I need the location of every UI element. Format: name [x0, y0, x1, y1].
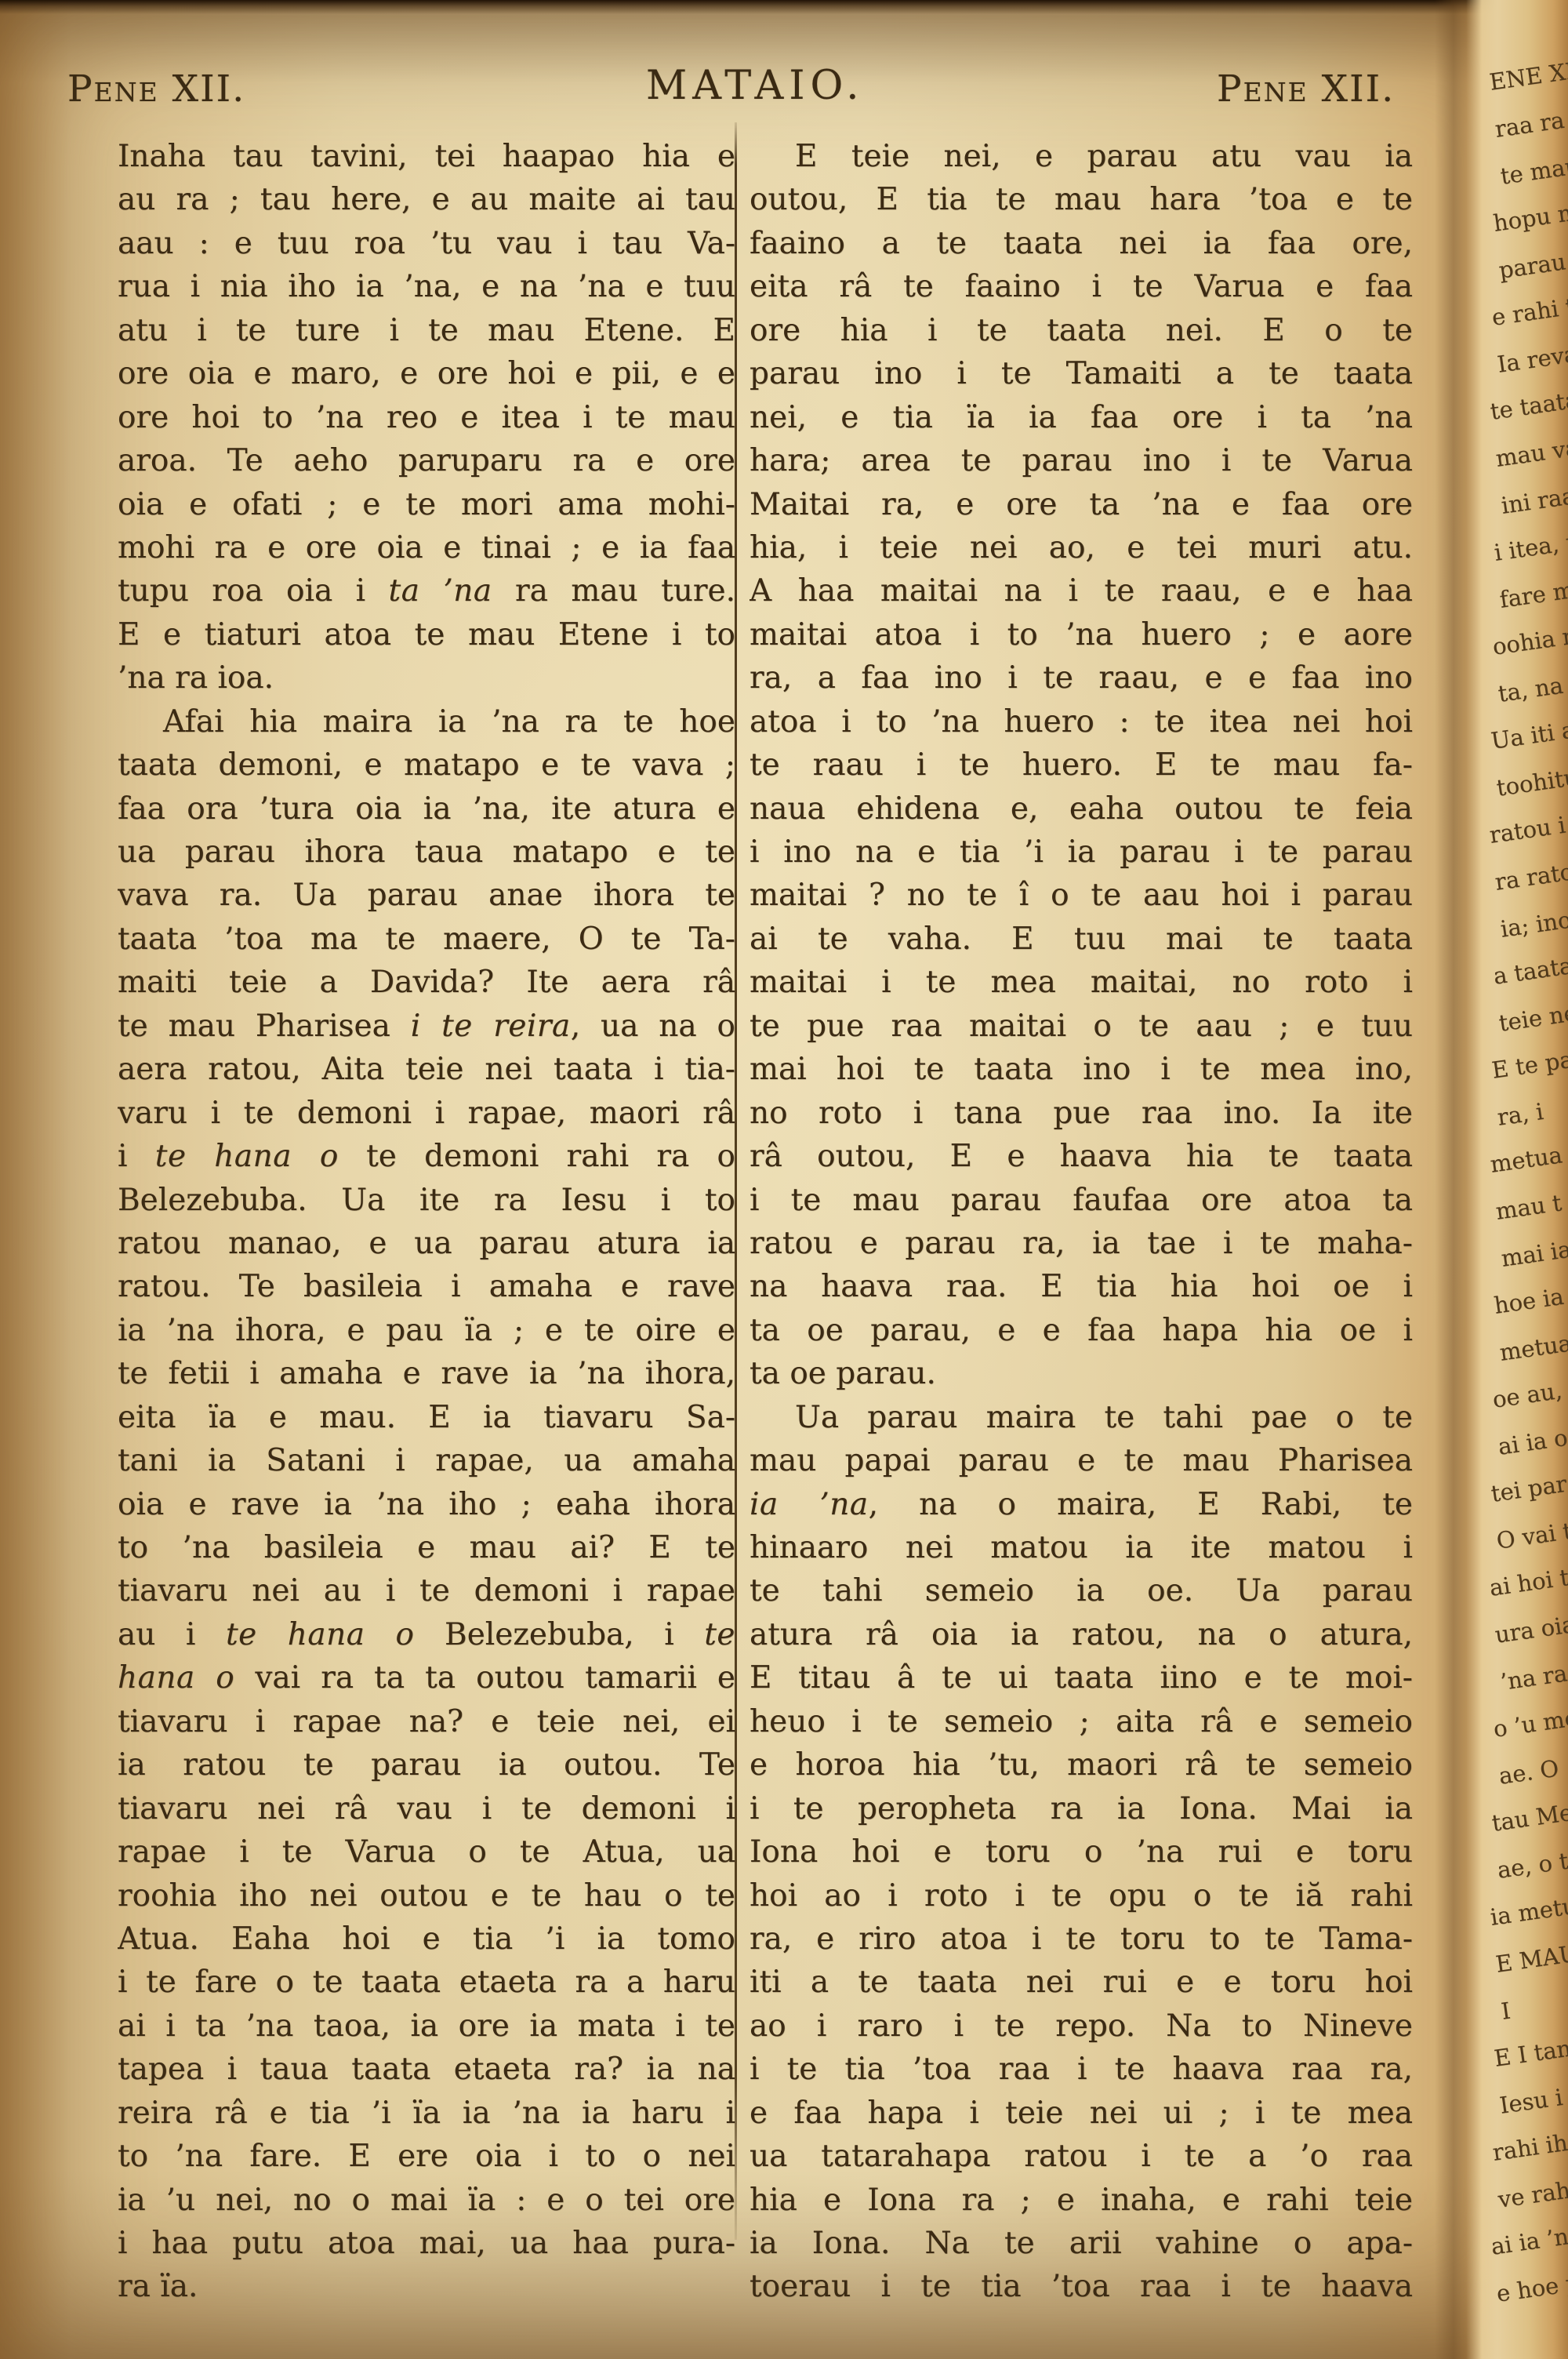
adjacent-page-text-fragment: e rahi tei — [1490, 290, 1568, 331]
text-line: 22Afai hia maira ia ’na ra te hoe — [118, 700, 735, 743]
text-line: ore oia e maro, e ore hoi e pii, e e — [118, 352, 735, 395]
adjacent-page-text-fragment: metua v — [1498, 1327, 1568, 1366]
text-line: rua i nia iho ia ’na, e na ’na e tuu — [118, 265, 735, 308]
text-line: tiavaru i rapae na? e teie nei, ei — [118, 1700, 735, 1743]
adjacent-page-text-fragment: ve rahi — [1497, 2175, 1568, 2213]
adjacent-page-text-fragment: ia metua v — [1489, 1888, 1568, 1931]
text-line: faa ora ’tura oia ia ’na, ite atura e — [118, 787, 735, 831]
text-line: mai hoi te taata ino i te mea ino, — [750, 1048, 1413, 1091]
adjacent-page-text-fragment: ae, o to — [1496, 1845, 1568, 1884]
text-line: ai i ta ’na taoa, ia ore ia mata i te — [118, 2005, 735, 2048]
book-photo: Pene XII. MATAIO. Pene XII. 18Inaha tau … — [0, 0, 1568, 2359]
text-line: 34te raau i te huero. E te mau fa- — [750, 743, 1413, 787]
adjacent-page-text-fragment: ra, i — [1496, 1098, 1545, 1131]
adjacent-page-text-fragment: Ia reva — [1496, 340, 1568, 378]
adjacent-page-text-fragment: oohia ra — [1491, 620, 1568, 660]
text-line: toerau i te tia ’toa raa i te haava — [750, 2265, 1413, 2308]
text-line: 26eita ïa e mau. E ia tiavaru Sa- — [118, 1396, 735, 1439]
text-line: 25Belezebuba. Ua ite ra Iesu i to — [118, 1179, 735, 1222]
text-line: hoi ao i roto i te opu o te iă rahi — [750, 1874, 1413, 1917]
adjacent-page-text-fragment: ai ia ’na — [1490, 2221, 1568, 2260]
text-line: varu i te demoni i rapae, maori râ — [118, 1092, 735, 1135]
text-line: taata ’toa ma te maere, O te Ta- — [118, 918, 735, 961]
text-line: aera ratou, Aita teie nei taata i tia- — [118, 1048, 735, 1091]
photo-top-shadow — [0, 0, 1568, 14]
text-line: ratou e parau ra, ia tae i te maha- — [750, 1222, 1413, 1265]
text-line: 23vava ra. Ua parau anae ihora te — [118, 874, 735, 917]
text-line: ua tatarahapa ratou i te a ’o raa — [750, 2135, 1413, 2178]
text-line: ta oe parau, e e faa hapa hia oe i — [750, 1309, 1413, 1352]
text-line: 20aroa. Te aeho paruparu ra e ore — [118, 439, 735, 482]
adjacent-page-text-fragment: ENE XI — [1488, 57, 1568, 96]
text-line: e horoa hia ’tu, maori râ te semeio — [750, 1743, 1413, 1787]
text-line: 33A haa maitai na i te raau, e e haa — [750, 569, 1413, 612]
text-line: 21E e tiaturi atoa te mau Etene i to — [118, 613, 735, 656]
text-column-right: 31E teie nei, e parau atu vau iaoutou, E… — [750, 135, 1413, 2309]
text-line: tiavaru nei râ vau i te demoni i — [118, 1787, 735, 1830]
text-line: hia, i teie nei ao, e tei muri atu. — [750, 526, 1413, 569]
text-line: ratou manao, e ua parau atura ia — [118, 1222, 735, 1265]
text-line: au ra ; tau here, e au maite ai tau — [118, 178, 735, 221]
adjacent-page-text-fragment: mau t — [1494, 1189, 1563, 1224]
text-line: hara; area te parau ino i te Varua — [750, 439, 1413, 482]
adjacent-page-edge: ENE XIraa rate mauhopu mparau pae rahi t… — [1435, 0, 1568, 2359]
running-head-left: Pene XII. — [67, 67, 245, 111]
adjacent-page-text-fragment: Ua iti atu — [1490, 713, 1568, 754]
text-line: i te mau parau faufaa ore atoa ta — [750, 1179, 1413, 1222]
text-line: 30to ’na fare. E ere oia i to o nei — [118, 2135, 735, 2178]
text-line: ta oe parau. — [750, 1352, 1413, 1395]
adjacent-page-text-fragment: ia; ino — [1499, 907, 1568, 943]
text-line: 27to ’na basileia e mau ai? E te — [118, 1526, 735, 1569]
text-line: tiavaru nei au i te demoni i rapae — [118, 1569, 735, 1612]
text-line: iti a te taata nei rui e e toru hoi — [750, 1961, 1413, 2004]
text-line: 24maiti teie a Davida? Ite aera râ — [118, 961, 735, 1004]
adjacent-page-text-fragment: ra ratou — [1494, 856, 1568, 896]
adjacent-page-text-fragment: hoe ia ’n — [1493, 1279, 1568, 1319]
adjacent-page-text-fragment: mau vahi — [1494, 431, 1568, 471]
page-title: MATAIO. — [646, 63, 865, 109]
adjacent-page-text-fragment: Iesu i — [1498, 2084, 1565, 2119]
adjacent-page-text-fragment: toohitu — [1495, 764, 1568, 801]
adjacent-page-text-fragment: ta, na b — [1497, 669, 1568, 707]
text-line: oia e rave ia ’na iho ; eaha ihora — [118, 1483, 735, 1526]
text-line: te fetii i amaha e rave ia ’na ihora, — [118, 1352, 735, 1395]
text-line: 41ao i raro i te repo. Na to Nineve — [750, 2005, 1413, 2048]
text-line: 39te tahi semeio ia oe. Ua parau — [750, 1569, 1413, 1612]
text-line: hana o vai ra ta ta outou tamarii e — [118, 1656, 735, 1699]
text-line: i te fare o te taata etaeta ra a haru — [118, 1961, 735, 2004]
text-line: roohia iho nei outou e te hau o te — [118, 1874, 735, 1917]
text-line: maitai i te mea maitai, no roto i — [750, 961, 1413, 1004]
text-line: ore hoi to ’na reo e itea i te mau — [118, 396, 735, 439]
adjacent-page-text-fragment: i itea, ua — [1493, 525, 1568, 566]
text-line: 29Atua. Eaha hoi e tia ’i ia tomo — [118, 1917, 735, 1961]
text-line: hinaaro nei matou ia ite matou i — [750, 1526, 1413, 1569]
text-line: hia e Iona ra ; e inaha, e rahi teie — [750, 2179, 1413, 2222]
adjacent-page-text-fragment: fare mai — [1498, 573, 1568, 613]
adjacent-page-text-fragment: ai ia oe. — [1497, 1421, 1568, 1460]
text-line: râ outou, E e haava hia te taata — [750, 1135, 1413, 1178]
text-line: 18Inaha tau tavini, tei haapao hia e — [118, 135, 735, 178]
adjacent-page-text-fragment: ura oia i — [1494, 1608, 1568, 1648]
text-line: au i te hana o Belezebuba, i te — [118, 1613, 735, 1656]
text-line: ratou. Te basileia i amaha e rave — [118, 1265, 735, 1308]
text-line: E titau â te ui taata iino e te moi- — [750, 1656, 1413, 1699]
adjacent-page-text-fragment: te mau — [1499, 152, 1568, 190]
adjacent-page-text-fragment: ai hoi to — [1488, 1562, 1568, 1601]
text-line: i te tia ’toa raa i te haava raa ra, — [750, 2048, 1413, 2091]
adjacent-page-text-fragment: metua — [1489, 1141, 1564, 1178]
adjacent-page-text-fragment: raa ra — [1494, 107, 1566, 143]
text-line: ua parau ihora taua matapo e te — [118, 831, 735, 874]
text-line: tupu roa oia i ta ’na ra mau ture. — [118, 569, 735, 612]
text-line: naua ehidena e, eaha outou te feia — [750, 787, 1413, 831]
text-line: atura râ oia ia ratou, na o atura, — [750, 1613, 1413, 1656]
text-line: ra, e riro atoa i te toru to te Tama- — [750, 1917, 1413, 1961]
text-line: atoa i to ’na huero : te itea nei hoi — [750, 700, 1413, 743]
text-line: tani ia Satani i rapae, ua amaha — [118, 1439, 735, 1482]
adjacent-page-text-fragment: o ’u met — [1492, 1703, 1568, 1742]
text-line: i ino na e tia ’i ia parau i te parau — [750, 831, 1413, 874]
text-line: maitai ? no te î o te aau hoi i parau — [750, 874, 1413, 917]
adjacent-page-text-fragment: rahi iho — [1491, 2127, 1568, 2165]
text-line: taata demoni, e matapo e te vava ; — [118, 743, 735, 787]
adjacent-page-text-fragment: ratou i — [1488, 812, 1567, 849]
running-head-right: Pene XII. — [1217, 67, 1395, 111]
text-line: 42ia Iona. Na te arii vahine o apa- — [750, 2222, 1413, 2265]
text-line: te pue raa maitai o te aau ; e tuu — [750, 1005, 1413, 1048]
adjacent-page-text-fragment: E MAU PA — [1494, 1935, 1568, 1978]
text-line: reira râ e tia ’i ïa ia ’na ia haru i — [118, 2092, 735, 2135]
text-line: aau : e tuu roa ’tu vau i tau Va- — [118, 222, 735, 265]
text-line: ia ’u nei, no o mai ïa : e o tei ore — [118, 2179, 735, 2222]
adjacent-page-text-fragment: oe au, t — [1491, 1375, 1568, 1413]
text-column-left: 18Inaha tau tavini, tei haapao hia eau r… — [118, 135, 735, 2309]
adjacent-page-text-fragment: tau Met — [1490, 1797, 1568, 1837]
adjacent-page-text-fragment: ae. O — [1497, 1754, 1561, 1789]
adjacent-page-text-fragment: I — [1500, 1997, 1512, 2025]
text-line: ia ’na, na o maira, E Rabi, te — [750, 1483, 1413, 1526]
text-line: 32ore hia i te taata nei. E o te — [750, 309, 1413, 352]
text-line: i te hana o te demoni rahi ra o — [118, 1135, 735, 1178]
text-line: tapea i taua taata etaeta ra? ia na — [118, 2048, 735, 2091]
adjacent-page-text-fragment: hopu m — [1492, 198, 1568, 237]
text-line: 36no roto i tana pue raa ino. Ia ite — [750, 1092, 1413, 1135]
text-line: maitai atoa i to ’na huero ; e aore — [750, 613, 1413, 656]
text-line: i haa putu atoa mai, ua haa pura- — [118, 2222, 735, 2265]
adjacent-page-text-fragment: mai ia — [1500, 1236, 1568, 1272]
adjacent-page-text-fragment: ini raa i t — [1500, 478, 1568, 518]
adjacent-page-text-fragment: teie ne — [1497, 999, 1568, 1037]
adjacent-page-text-fragment: E I tana — [1493, 2033, 1568, 2072]
text-line: 40i te peropheta ra ia Iona. Mai ia — [750, 1787, 1413, 1830]
text-line: nei, e tia ïa ia faa ore i ta ’na — [750, 396, 1413, 439]
text-line: ia ’na ihora, e pau ïa ; e te oire e — [118, 1309, 735, 1352]
adjacent-page-text-fragment: te taata — [1489, 386, 1568, 424]
text-line: te mau Pharisea i te reira, ua na o — [118, 1005, 735, 1048]
adjacent-page-text-fragment: a taata — [1492, 952, 1568, 990]
text-line: oia e ofati ; e te mori ama mohi- — [118, 483, 735, 526]
text-line: mau papai parau e te mau Pharisea — [750, 1439, 1413, 1482]
text-line: ra, a faa ino i te raau, e e faa ino — [750, 656, 1413, 700]
text-line: parau ino i te Tamaiti a te taata — [750, 352, 1413, 395]
text-line: 38Ua parau maira te tahi pae o te — [750, 1396, 1413, 1439]
text-line: e faa hapa i teie nei ui ; i te mea — [750, 2092, 1413, 2135]
text-line: heuo i te semeio ; aita râ e semeio — [750, 1700, 1413, 1743]
adjacent-page-text-fragment: E te pa — [1490, 1046, 1568, 1084]
text-line: 37na haava raa. E tia hia hoi oe i — [750, 1265, 1413, 1308]
text-line: ra ïa. — [118, 2265, 735, 2308]
adjacent-page-text-fragment: parau pa — [1497, 243, 1568, 284]
text-line: 31E teie nei, e parau atu vau ia — [750, 135, 1413, 178]
text-line: mohi ra e ore oia e tinai ; e ia faa — [118, 526, 735, 569]
adjacent-page-text-fragment: O vai t — [1495, 1518, 1568, 1554]
adjacent-page-text-fragment: ’na ra, — [1499, 1659, 1568, 1696]
text-line: 35ai te vaha. E tuu mai te taata — [750, 918, 1413, 961]
text-line: Maitai ra, e ore ta ’na e faa ore — [750, 483, 1413, 526]
text-line: eita râ te faaino i te Varua e faa — [750, 265, 1413, 308]
text-line: rapae i te Varua o te Atua, ua — [118, 1830, 735, 1874]
adjacent-page-text-fragment: tei parau — [1490, 1467, 1568, 1507]
text-line: outou, E tia te mau hara ’toa e te — [750, 178, 1413, 221]
text-line: Iona hoi e toru o ’na rui e toru — [750, 1830, 1413, 1874]
text-line: 28ia ratou te parau ia outou. Te — [118, 1743, 735, 1787]
text-line: faaino a te taata nei ia faa ore, — [750, 222, 1413, 265]
adjacent-page-text-fragment: e hoe p — [1495, 2269, 1568, 2307]
text-line: ’na ra ioa. — [118, 656, 735, 700]
text-line: 19atu i te ture i te mau Etene. E — [118, 309, 735, 352]
